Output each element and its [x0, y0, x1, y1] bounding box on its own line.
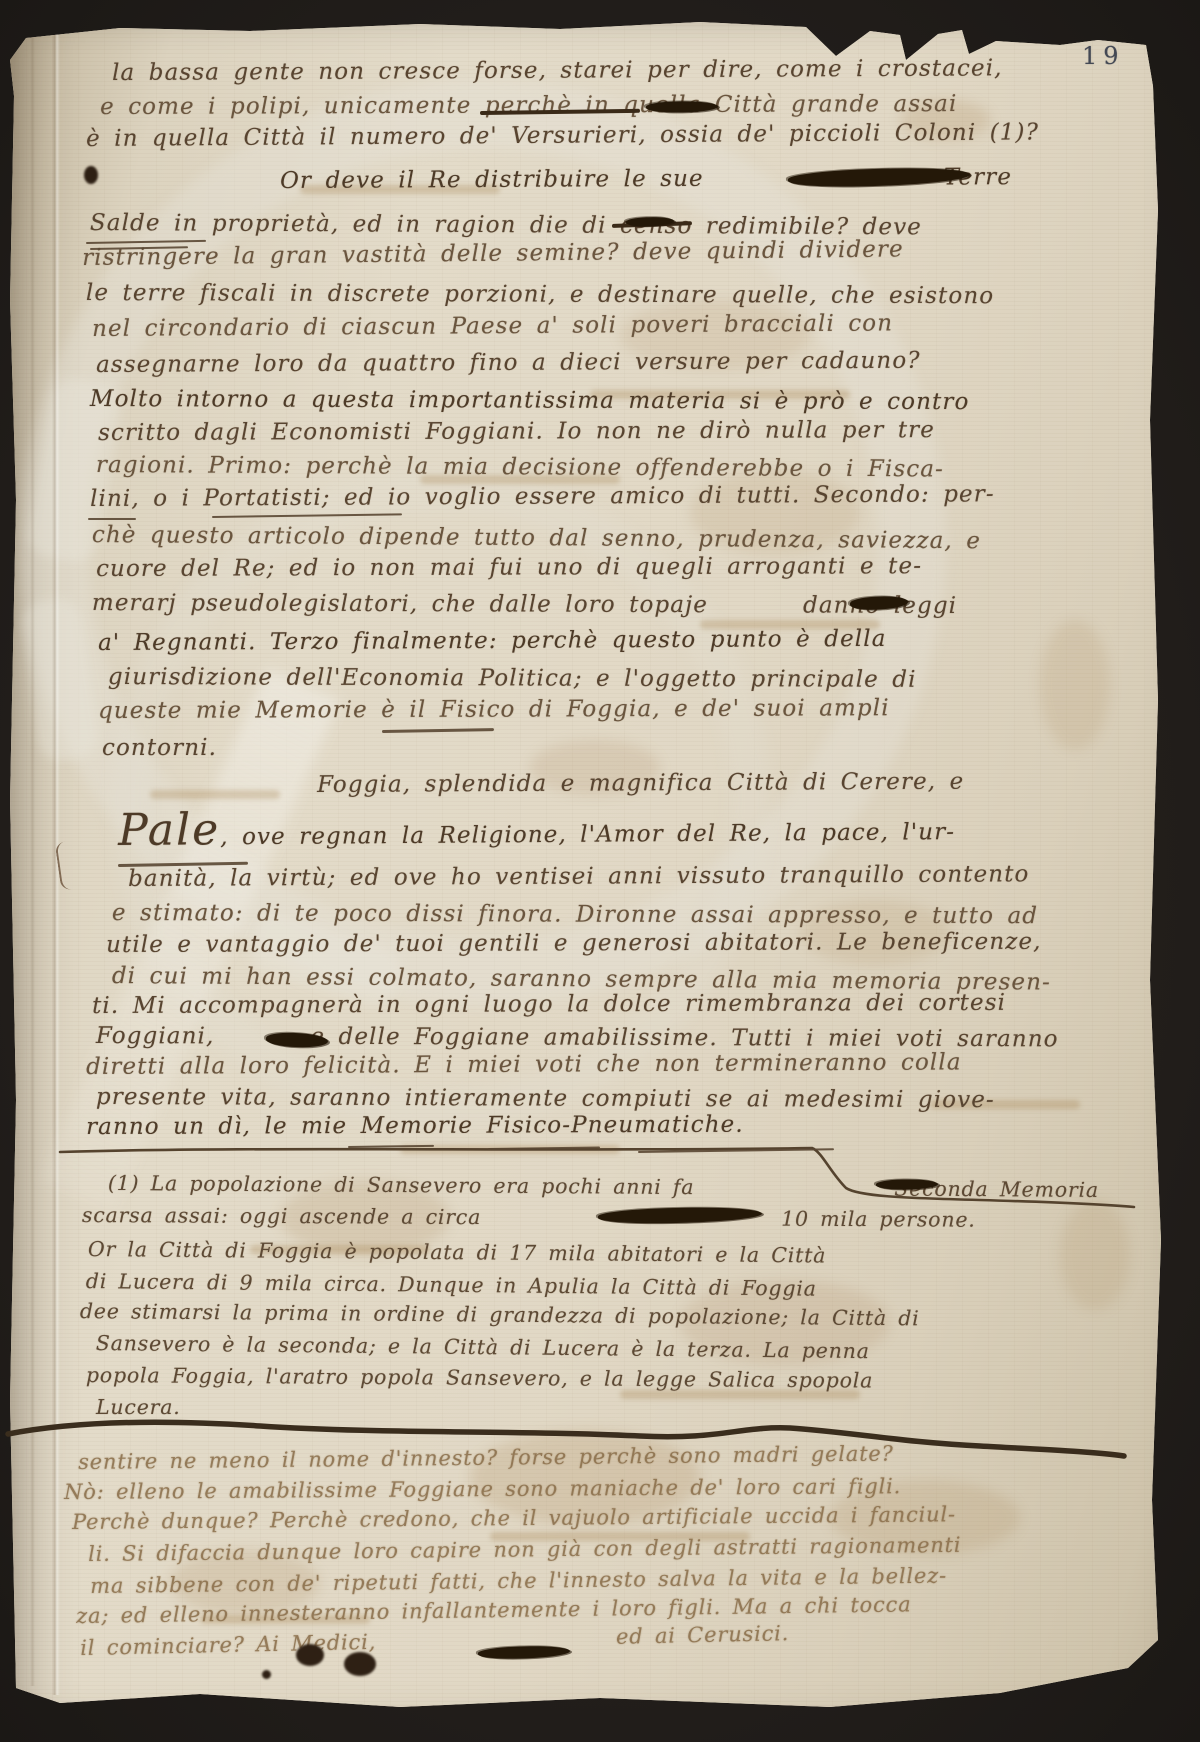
- paper-stain: [800, 900, 950, 965]
- paper-stain: [690, 470, 860, 555]
- bleedthrough-text: [700, 620, 880, 629]
- scanned-manuscript-screenshot: { "page": { "number": "19" }, "colors": …: [0, 0, 1200, 1742]
- paper-stain: [170, 1550, 320, 1615]
- bleedthrough-text: [490, 1532, 750, 1541]
- bleedthrough-text: [150, 790, 280, 799]
- paper-stain: [280, 1180, 450, 1255]
- paper-stain: [1040, 620, 1110, 750]
- paper-stain: [830, 1480, 1020, 1555]
- paper-stain: [470, 1430, 700, 1525]
- binding-crease: [52, 30, 60, 1695]
- manuscript-page: [0, 0, 1200, 1742]
- paper-stain: [620, 300, 810, 370]
- binding-crease: [30, 36, 35, 1686]
- paper-stain: [900, 100, 990, 140]
- bleedthrough-text: [930, 1100, 1080, 1109]
- bleedthrough-text: [620, 1390, 860, 1399]
- bleedthrough-text: [590, 390, 850, 399]
- paper-stain: [680, 1280, 890, 1365]
- bleedthrough-text: [250, 1245, 430, 1254]
- bleedthrough-text: [400, 1145, 620, 1154]
- bleedthrough-text: [200, 1615, 370, 1624]
- bleedthrough-text: [300, 185, 500, 194]
- bleedthrough-text: [420, 475, 620, 484]
- paper-stain: [530, 740, 660, 795]
- paper-stain: [1060, 1200, 1130, 1310]
